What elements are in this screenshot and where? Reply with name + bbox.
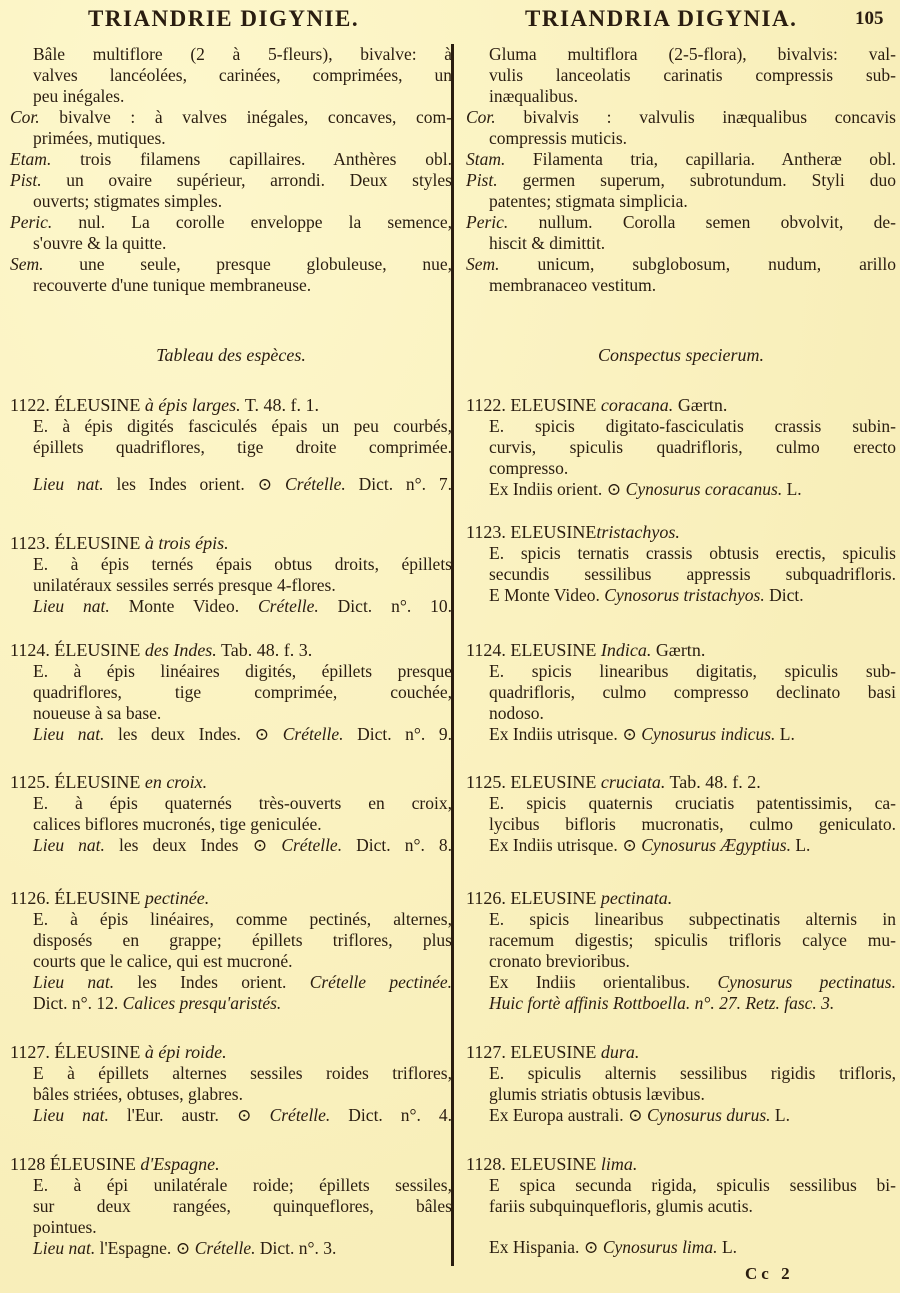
text-line: Stam. Filamenta tria, capillaria. Anther… <box>466 149 896 170</box>
text-5-epithet: dura. <box>601 1042 640 1062</box>
text-3-epithet: cruciata. <box>601 772 666 792</box>
text-description-0: E. spicis digitato-fasciculatis crassis … <box>466 416 896 437</box>
text-lines-0: Bâle multiflore (2 à 5-fleurs), bivalve:… <box>10 44 452 65</box>
text-4-dict-ref: Dict. n°. 12. <box>33 993 118 1013</box>
text-3-number: 1125. <box>466 772 506 792</box>
text-5-common-name: Crételle. <box>270 1105 331 1125</box>
text-line: Cor. bivalvis : valvulis inæqualibus con… <box>466 107 896 128</box>
text-2-habitat: Ex Indiis utrisque. <box>489 724 618 744</box>
species-entry-1123-fr: 1123. ÉLEUSINE à trois épis. E. à épis t… <box>10 533 452 617</box>
text-description-0: E. à épis digités fasciculés épais un pe… <box>10 416 452 437</box>
text-5-habitat: l'Eur. austr. <box>127 1105 219 1125</box>
text-description-1: calices biflores mucronés, tige geniculé… <box>10 814 452 835</box>
text-description-0: E. à épis ternés épais obtus droits, épi… <box>10 554 452 575</box>
species-entry-1125-la: 1125. ELEUSINE cruciata. Tab. 48. f. 2. … <box>466 772 896 856</box>
text-5-habitat-label: Lieu nat. <box>33 1105 109 1125</box>
annual-symbol-icon: ⊙ <box>176 1238 191 1258</box>
text-line: Ex Indiis utrisque. ⊙ Cynosurus indicus.… <box>466 724 896 745</box>
text-2-epithet: des Indes. <box>145 640 217 660</box>
text-2-genus: ÉLEUSINE <box>54 640 140 660</box>
text-lines-1: valves lancéolées, carinées, comprimées,… <box>10 65 452 86</box>
text-4-label: Peric. <box>10 212 52 232</box>
text-line: Lieu nat. les deux Indes ⊙ Crételle. Dic… <box>10 835 452 856</box>
text-description-2: nodoso. <box>466 703 896 724</box>
text-4-habitat-label: Lieu nat. <box>33 972 114 992</box>
text-6-habitat: Ex Hispania. <box>489 1237 579 1257</box>
text-description-0: E spica secunda rigida, spiculis sessili… <box>466 1175 896 1196</box>
text-5-dict-ref: Dict. n°. 4. <box>348 1105 452 1125</box>
text-2-synonym: Cynosurus indicus. <box>641 724 775 744</box>
text-3-genus: ÉLEUSINE <box>54 772 140 792</box>
text-1-habitat: E Monte Video. <box>489 585 600 605</box>
text-line: Cor. bivalve : à valves inégales, concav… <box>10 107 452 128</box>
text-description-1: lycibus bifloris mucronatis, culmo genic… <box>466 814 896 835</box>
text-0-dict-ref: Dict. n°. 7. <box>359 474 452 494</box>
text-lines-1: membranaceo vestitum. <box>466 275 896 296</box>
right-running-head: TRIANDRIA DIGYNIA. <box>525 6 797 36</box>
text-description-1: épillets quadriflores, tige droite compr… <box>10 437 452 458</box>
species-entry-1127-fr: 1127. ÉLEUSINE à épi roide. E à épillets… <box>10 1042 452 1126</box>
text-lines-2: peu inégales. <box>10 86 452 107</box>
text-line: Lieu nat. les Indes orient. Crételle pec… <box>10 972 452 993</box>
text-description-2: compresso. <box>466 458 896 479</box>
text-6-number: 1128 <box>10 1154 45 1174</box>
text-line: 1125. ELEUSINE cruciata. Tab. 48. f. 2. <box>466 772 896 793</box>
text-2-habitat: les deux Indes. <box>118 724 241 744</box>
text-description-2: cronato brevioribus. <box>466 951 896 972</box>
text-0-epithet: coracana. <box>601 395 673 415</box>
text-5-synonym: Cynosurus durus. <box>647 1105 771 1125</box>
annual-symbol-icon: ⊙ <box>258 474 273 494</box>
text-0-number: 1122. <box>466 395 506 415</box>
text-description-0: E. spicis ternatis crassis obtusis erect… <box>466 543 896 564</box>
text-4-epithet: pectinata. <box>601 888 672 908</box>
text-line: 1128. ELEUSINE lima. <box>466 1154 896 1175</box>
text-lines-0: Filamenta tria, capillaria. Antheræ obl. <box>533 149 896 169</box>
text-3-dict-ref: Dict. n°. 8. <box>356 835 452 855</box>
text-0-genus: ÉLEUSINE <box>54 395 140 415</box>
annual-symbol-icon: ⊙ <box>607 479 622 499</box>
text-line: Lieu nat. les deux Indes. ⊙ Crételle. Di… <box>10 724 452 745</box>
text-description-1: sur deux rangées, quinqueflores, bâles <box>10 1196 452 1217</box>
text-1-common-name: Crételle. <box>258 596 319 616</box>
text-line: Lieu nat. les Indes orient. ⊙ Crételle. … <box>10 474 452 495</box>
text-lines-0: nullum. Corolla semen obvolvit, de- <box>539 212 896 232</box>
generic-description-la: Gluma multiflora (2-5-flora), bivalvis: … <box>466 44 896 296</box>
text-0-synonym-author: L. <box>787 479 802 499</box>
text-1-epithet: tristachyos. <box>596 522 680 542</box>
annual-symbol-icon: ⊙ <box>584 1237 599 1257</box>
text-0-habitat-label: Lieu nat. <box>33 474 104 494</box>
species-entry-1122-fr: 1122. ÉLEUSINE à épis larges. T. 48. f. … <box>10 395 452 495</box>
annual-symbol-icon: ⊙ <box>622 835 637 855</box>
text-line: 1127. ELEUSINE dura. <box>466 1042 896 1063</box>
species-entry-1126-la: 1126. ELEUSINE pectinata. E. spicis line… <box>466 888 896 1014</box>
text-description-0: E. spiculis alternis sessilibus rigidis … <box>466 1063 896 1084</box>
text-6-epithet: lima. <box>601 1154 638 1174</box>
text-lines-0: bivalve : à valves inégales, concaves, c… <box>59 107 452 127</box>
text-line: 1127. ÉLEUSINE à épi roide. <box>10 1042 452 1063</box>
text-line: 1122. ÉLEUSINE à épis larges. T. 48. f. … <box>10 395 452 416</box>
text-lines-0: trois filamens capillaires. Anthères obl… <box>80 149 452 169</box>
text-2-epithet: Indica. <box>601 640 651 660</box>
text-6-genus: ÉLEUSINE <box>50 1154 136 1174</box>
text-3-label: Pist. <box>10 170 42 190</box>
text-description-0: E. à épi unilatérale roide; épillets ses… <box>10 1175 452 1196</box>
text-4-synonym: Cynosurus pectinatus. <box>717 972 896 992</box>
section-title-la: Conspectus specierum. <box>466 345 896 366</box>
text-1-synonym-author: Dict. <box>769 585 804 605</box>
text-lines-0: une seule, presque globuleuse, nue, <box>79 254 452 274</box>
text-5-label: Sem. <box>10 254 44 274</box>
text-line: Lieu nat. Monte Video. Crételle. Dict. n… <box>10 596 452 617</box>
text-2-label: Etam. <box>10 149 51 169</box>
text-3-number: 1125. <box>10 772 50 792</box>
text-line: Lieu nat. l'Espagne. ⊙ Crételle. Dict. n… <box>10 1238 452 1259</box>
text-line: Sem. unicum, subglobosum, nudum, arillo <box>466 254 896 275</box>
text-4-genus: ÉLEUSINE <box>54 888 140 908</box>
species-entry-1127-la: 1127. ELEUSINE dura. E. spiculis alterni… <box>466 1042 896 1126</box>
text-description-1: quadrifloris, culmo compresso declinato … <box>466 682 896 703</box>
text-4-number: 1126. <box>466 888 506 908</box>
text-line: Dict. n°. 12. Calices presqu'aristés. <box>10 993 452 1014</box>
text-line: Ex Hispania. ⊙ Cynosurus lima. L. <box>466 1237 896 1258</box>
text-lines-0: germen superum, subrotundum. Styli duo <box>523 170 896 190</box>
text-line: 1122. ELEUSINE coracana. Gærtn. <box>466 395 896 416</box>
text-2-habitat-label: Lieu nat. <box>33 724 104 744</box>
text-4-common-name: Crételle pectinée. <box>310 972 452 992</box>
text-1-habitat-label: Lieu nat. <box>33 596 110 616</box>
text-description-1: disposés en grappe; épillets triflores, … <box>10 930 452 951</box>
text-line: Etam. trois filamens capillaires. Anthèr… <box>10 149 452 170</box>
text-5-genus: ELEUSINE <box>510 1042 596 1062</box>
text-description-1: glumis striatis obtusis lævibus. <box>466 1084 896 1105</box>
text-6-habitat: l'Espagne. <box>100 1238 172 1258</box>
text-0-genus: ELEUSINE <box>510 395 596 415</box>
text-description-0: E. à épis linéaires digités, épillets pr… <box>10 661 452 682</box>
species-entry-1128-fr: 1128 ÉLEUSINE d'Espagne. E. à épi unilat… <box>10 1154 452 1259</box>
text-5-label: Sem. <box>466 254 500 274</box>
text-1-epithet: à trois épis. <box>145 533 229 553</box>
text-lines-1: s'ouvre & la quitte. <box>10 233 452 254</box>
text-3-common-name: Crételle. <box>281 835 342 855</box>
text-1-number: 1123. <box>10 533 50 553</box>
text-description-2: pointues. <box>10 1217 452 1238</box>
text-2-label: Stam. <box>466 149 505 169</box>
text-lines-0: nul. La corolle enveloppe la semence, <box>78 212 452 232</box>
text-6-synonym: Cynosurus lima. <box>603 1237 718 1257</box>
text-1-habitat: Monte Video. <box>129 596 239 616</box>
text-4-habitat: les Indes orient. <box>137 972 286 992</box>
text-description-0: E à épillets alternes sessiles roides tr… <box>10 1063 452 1084</box>
text-description-0: E. spicis quaternis cruciatis patentissi… <box>466 793 896 814</box>
text-1-dict-ref: Dict. n°. 10. <box>338 596 452 616</box>
text-line: 1128 ÉLEUSINE d'Espagne. <box>10 1154 452 1175</box>
text-1-number: 1123. <box>466 522 506 542</box>
section-title-fr: Tableau des espèces. <box>10 345 452 366</box>
text-0-number: 1122. <box>10 395 50 415</box>
text-4-epithet: pectinée. <box>145 888 209 908</box>
text-4-note: Huic fortè affinis Rottboella. n°. 27. R… <box>466 993 896 1014</box>
text-3-epithet: en croix. <box>145 772 207 792</box>
text-0-authority: Gærtn. <box>678 395 728 415</box>
text-description-0: E. spicis linearibus subpectinatis alter… <box>466 909 896 930</box>
text-line: 1123. ELEUSINEtristachyos. <box>466 522 896 543</box>
text-0-habitat: les Indes orient. <box>117 474 245 494</box>
text-6-epithet: d'Espagne. <box>140 1154 219 1174</box>
text-2-dict-ref: Dict. n°. 9. <box>357 724 452 744</box>
annual-symbol-icon: ⊙ <box>628 1105 643 1125</box>
text-2-common-name: Crételle. <box>283 724 344 744</box>
text-3-habitat: Ex Indiis utrisque. <box>489 835 618 855</box>
text-6-habitat-label: Lieu nat. <box>33 1238 95 1258</box>
annual-symbol-icon: ⊙ <box>622 724 637 744</box>
text-3-habitat-label: Lieu nat. <box>33 835 105 855</box>
annual-symbol-icon: ⊙ <box>255 724 270 744</box>
page-number: 105 <box>855 8 884 30</box>
text-line: Ex Europa australi. ⊙ Cynosurus durus. L… <box>466 1105 896 1126</box>
text-description-2: noueuse à sa base. <box>10 703 452 724</box>
text-lines-0: unicum, subglobosum, nudum, arillo <box>538 254 896 274</box>
annual-symbol-icon: ⊙ <box>253 835 268 855</box>
text-description-0: E. à épis quaternés très-ouverts en croi… <box>10 793 452 814</box>
text-4-habitat: Ex Indiis orientalibus. <box>489 972 690 992</box>
text-line: Sem. une seule, presque globuleuse, nue, <box>10 254 452 275</box>
text-line: Peric. nullum. Corolla semen obvolvit, d… <box>466 212 896 233</box>
text-line: Ex Indiis orientalibus. Cynosurus pectin… <box>466 972 896 993</box>
text-4-note: Calices presqu'aristés. <box>123 993 282 1013</box>
text-1-label: Cor. <box>466 107 496 127</box>
annual-symbol-icon: ⊙ <box>237 1105 252 1125</box>
text-4-genus: ELEUSINE <box>510 888 596 908</box>
species-entry-1123-la: 1123. ELEUSINEtristachyos. E. spicis ter… <box>466 522 896 606</box>
text-lines-1: patentes; stigmata simplicia. <box>466 191 896 212</box>
text-6-common-name: Crételle. <box>195 1238 256 1258</box>
text-3-synonym: Cynosurus Ægyptius. <box>641 835 791 855</box>
text-6-genus: ELEUSINE <box>510 1154 596 1174</box>
text-1-synonym: Cynosorus tristachyos. <box>604 585 764 605</box>
text-0-habitat: Ex Indiis orient. <box>489 479 602 499</box>
species-entry-1128-la: 1128. ELEUSINE lima. E spica secunda rig… <box>466 1154 896 1258</box>
text-description-1: fariis subquinquefloris, glumis acutis. <box>466 1196 896 1217</box>
text-1-genus: ÉLEUSINE <box>54 533 140 553</box>
text-lines-1: ouverts; stigmates simples. <box>10 191 452 212</box>
text-5-habitat: Ex Europa australi. <box>489 1105 624 1125</box>
text-lines-1: primées, mutiques. <box>10 128 452 149</box>
species-entry-1125-fr: 1125. ÉLEUSINE en croix. E. à épis quate… <box>10 772 452 856</box>
text-line: 1126. ÉLEUSINE pectinée. <box>10 888 452 909</box>
text-lines-1: vulis lanceolatis carinatis compressis s… <box>466 65 896 86</box>
text-4-number: 1126. <box>10 888 50 908</box>
species-entry-1124-fr: 1124. ÉLEUSINE des Indes. Tab. 48. f. 3.… <box>10 640 452 745</box>
text-3-genus: ELEUSINE <box>510 772 596 792</box>
text-description-1: racemum digestis; spiculis trifloris cal… <box>466 930 896 951</box>
text-6-synonym-author: L. <box>722 1237 737 1257</box>
text-lines-1: compressis muticis. <box>466 128 896 149</box>
book-page: TRIANDRIE DIGYNIE. TRIANDRIA DIGYNIA. 10… <box>0 0 900 1293</box>
text-5-synonym-author: L. <box>775 1105 790 1125</box>
text-description-1: unilatéraux sessiles serrés presque 4-fl… <box>10 575 452 596</box>
text-2-number: 1124. <box>10 640 50 660</box>
text-5-number: 1127. <box>10 1042 50 1062</box>
text-description-2: courts que le calice, qui est mucroné. <box>10 951 452 972</box>
text-lines-0: bivalvis : valvulis inæqualibus concavis <box>523 107 896 127</box>
text-2-authority: Gærtn. <box>656 640 706 660</box>
text-lines-1: recouverte d'une tunique membraneuse. <box>10 275 452 296</box>
signature-mark: Cc 2 <box>745 1264 794 1284</box>
species-entry-1126-fr: 1126. ÉLEUSINE pectinée. E. à épis linéa… <box>10 888 452 1014</box>
text-line: E Monte Video. Cynosorus tristachyos. Di… <box>466 585 896 606</box>
species-entry-1124-la: 1124. ELEUSINE Indica. Gærtn. E. spicis … <box>466 640 896 745</box>
species-entry-1122-la: 1122. ELEUSINE coracana. Gærtn. E. spici… <box>466 395 896 500</box>
text-4-label: Peric. <box>466 212 508 232</box>
text-3-label: Pist. <box>466 170 498 190</box>
text-line: Ex Indiis orient. ⊙ Cynosurus coracanus.… <box>466 479 896 500</box>
text-0-common-name: Crételle. <box>285 474 346 494</box>
text-description-1: bâles striées, obtuses, glabres. <box>10 1084 452 1105</box>
text-description-1: curvis, spiculis quadrifloris, culmo ere… <box>466 437 896 458</box>
text-description-0: E. spicis linearibus digitatis, spiculis… <box>466 661 896 682</box>
text-0-reference: T. 48. f. 1. <box>245 395 319 415</box>
text-3-synonym-author: L. <box>795 835 810 855</box>
text-line: 1126. ELEUSINE pectinata. <box>466 888 896 909</box>
text-1-genus: ELEUSINE <box>510 522 596 542</box>
text-2-number: 1124. <box>466 640 506 660</box>
text-line: 1125. ÉLEUSINE en croix. <box>10 772 452 793</box>
text-6-dict-ref: Dict. n°. 3. <box>260 1238 337 1258</box>
text-2-reference: Tab. 48. f. 3. <box>221 640 312 660</box>
text-line: 1123. ÉLEUSINE à trois épis. <box>10 533 452 554</box>
text-3-authority: Tab. 48. f. 2. <box>670 772 761 792</box>
text-2-genus: ELEUSINE <box>510 640 596 660</box>
text-0-epithet: à épis larges. <box>145 395 241 415</box>
text-lines-0: un ovaire supérieur, arrondi. Deux style… <box>66 170 452 190</box>
text-line: Ex Indiis utrisque. ⊙ Cynosurus Ægyptius… <box>466 835 896 856</box>
text-3-habitat: les deux Indes <box>119 835 239 855</box>
text-description-0: E. à épis linéaires, comme pectinés, alt… <box>10 909 452 930</box>
text-description-1: quadriflores, tige comprimée, couchée, <box>10 682 452 703</box>
text-5-epithet: à épi roide. <box>145 1042 227 1062</box>
text-line: Lieu nat. l'Eur. austr. ⊙ Crételle. Dict… <box>10 1105 452 1126</box>
text-lines-1: hiscit & dimittit. <box>466 233 896 254</box>
text-lines-0: Gluma multiflora (2-5-flora), bivalvis: … <box>466 44 896 65</box>
text-line: 1124. ELEUSINE Indica. Gærtn. <box>466 640 896 661</box>
generic-description-fr: Bâle multiflore (2 à 5-fleurs), bivalve:… <box>10 44 452 296</box>
text-6-number: 1128. <box>466 1154 506 1174</box>
text-5-number: 1127. <box>466 1042 506 1062</box>
text-2-synonym-author: L. <box>780 724 795 744</box>
left-running-head: TRIANDRIE DIGYNIE. <box>88 6 359 36</box>
text-line: Pist. un ovaire supérieur, arrondi. Deux… <box>10 170 452 191</box>
text-line: Pist. germen superum, subrotundum. Styli… <box>466 170 896 191</box>
text-5-genus: ÉLEUSINE <box>54 1042 140 1062</box>
text-line: Peric. nul. La corolle enveloppe la seme… <box>10 212 452 233</box>
text-description-1: secundis sessilibus appressis subquadrif… <box>466 564 896 585</box>
text-1-label: Cor. <box>10 107 40 127</box>
text-line: 1124. ÉLEUSINE des Indes. Tab. 48. f. 3. <box>10 640 452 661</box>
text-0-synonym: Cynosurus coracanus. <box>626 479 783 499</box>
text-lines-2: inæqualibus. <box>466 86 896 107</box>
